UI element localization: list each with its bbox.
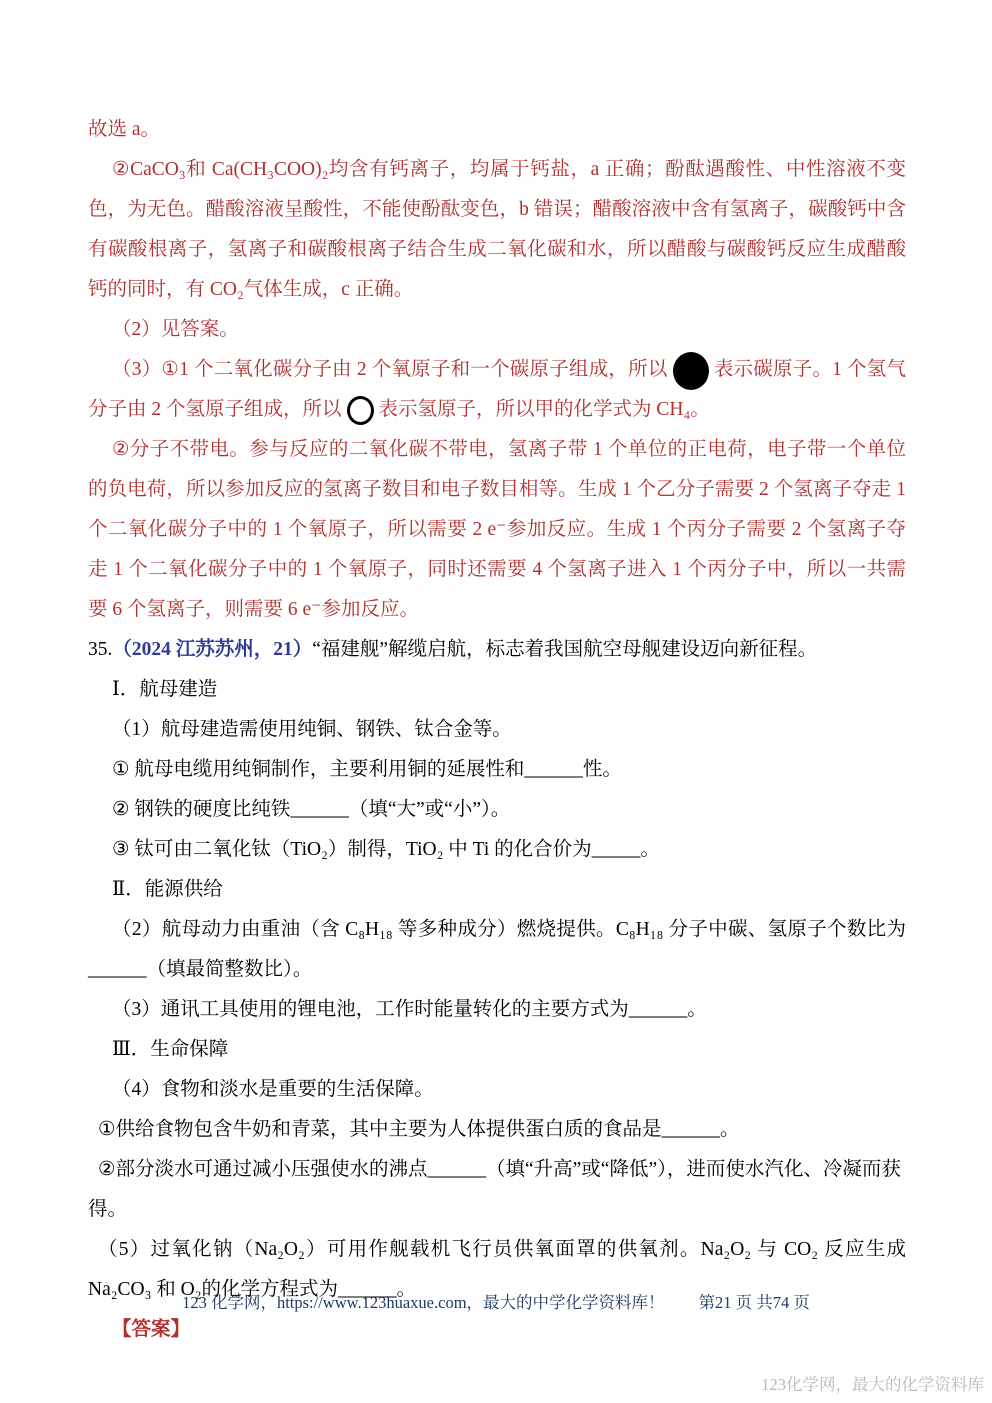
explanation-point3-after-hydrogen: 表示氢原子，所以甲的化学式为 CH₄。 [379,399,710,420]
question-number: 35. [88,639,112,660]
explanation-choose-line: 故选 a。 [88,110,906,150]
question-item-4: （4）食物和淡水是重要的生活保障。 [88,1070,906,1110]
question-item-4-sub1: ①供给食物包含牛奶和青菜，其中主要为人体提供蛋白质的食品是______。 [88,1110,906,1150]
question-35-heading: 35.（2024 江苏苏州，21）“福建舰”解缆启航，标志着我国航空母舰建设迈向… [88,630,906,670]
explanation-point2: ②CaCO₃和 Ca(CH₃COO)₂均含有钙离子，均属于钙盐，a 正确；酚酞遇… [88,150,906,310]
explanation-point3-atoms: （3）①1 个二氧化碳分子由 2 个氧原子和一个碳原子组成，所以表示碳原子。1 … [88,350,906,430]
watermark-text: 123化学网，最大的化学资料库 [761,1374,984,1396]
question-item-4-sub2: ②部分淡水可通过减小压强使水的沸点______（填“升高”或“降低”），进而使水… [88,1150,906,1230]
question-item-2: （2）航母动力由重油（含 C₈H₁₈ 等多种成分）燃烧提供。C₈H₁₈ 分子中碳… [88,910,906,990]
explanation-point3-sub2: ②分子不带电。参与反应的二氧化碳不带电，氢离子带 1 个单位的正电荷，电子带一个… [88,430,906,630]
section-3-title: Ⅲ．生命保障 [88,1030,906,1070]
document-page: 故选 a。 ②CaCO₃和 Ca(CH₃COO)₂均含有钙离子，均属于钙盐，a … [0,0,992,1403]
section-2-title: Ⅱ．能源供给 [88,870,906,910]
footer-page-indicator: 第21 页 共74 页 [699,1293,810,1312]
carbon-atom-icon [673,352,709,390]
footer-site-line: 123 化学网，https://www.123huaxue.com，最大的中学化… [182,1293,664,1312]
page-footer: 123 化学网，https://www.123huaxue.com，最大的中学化… [0,1292,992,1314]
section-1-title: Ⅰ．航母建造 [88,670,906,710]
document-content: 故选 a。 ②CaCO₃和 Ca(CH₃COO)₂均含有钙离子，均属于钙盐，a … [88,110,906,1350]
question-intro: “福建舰”解缆启航，标志着我国航空母舰建设迈向新征程。 [312,639,817,660]
hydrogen-atom-icon [347,396,374,425]
question-source: （2024 江苏苏州，21） [112,639,312,660]
question-item-3: （3）通讯工具使用的锂电池，工作时能量转化的主要方式为______。 [88,990,906,1030]
question-item-1: （1）航母建造需使用纯铜、钢铁、钛合金等。 [88,710,906,750]
explanation-point2-answer-ref: （2）见答案。 [88,310,906,350]
question-item-1-sub1: ① 航母电缆用纯铜制作，主要利用铜的延展性和______性。 [88,750,906,790]
question-item-1-sub2: ② 钢铁的硬度比纯铁______（填“大”或“小”）。 [88,790,906,830]
answer-section-label: 【答案】 [88,1310,906,1350]
explanation-point3-before-carbon: （3）①1 个二氧化碳分子由 2 个氧原子和一个碳原子组成，所以 [112,359,668,380]
question-item-1-sub3: ③ 钛可由二氧化钛（TiO₂）制得，TiO₂ 中 Ti 的化合价为_____。 [88,830,906,870]
